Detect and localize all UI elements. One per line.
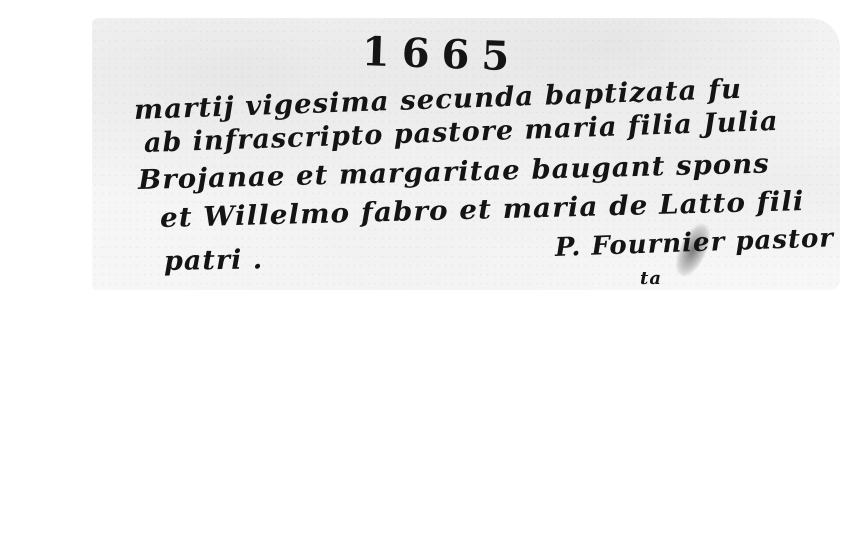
signature-continuation: ta	[640, 268, 662, 289]
entry-line-5: patri .	[164, 244, 264, 277]
entry-year: 1665	[361, 28, 522, 81]
